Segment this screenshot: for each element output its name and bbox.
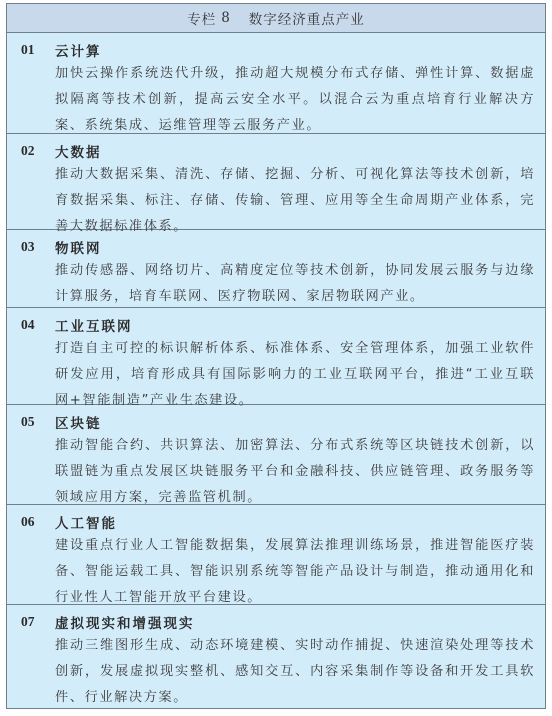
section-heading: 03 物联网	[17, 236, 535, 258]
section-heading: 04 工业互联网	[17, 314, 535, 336]
section-body: 建设重点行业人工智能数据集，发展算法推理训练场景，推进智能医疗装备、智能运载工具…	[55, 533, 535, 611]
section-body: 推动三维图形生成、动态环境建模、实时动作捕捉、快速渲染处理等技术创新，发展虚拟现…	[55, 633, 535, 711]
section-body: 推动智能合约、共识算法、加密算法、分布式系统等区块链技术创新，以联盟链为重点发展…	[55, 433, 535, 511]
section-iot: 03 物联网 推动传感器、网络切片、高精度定位等技术创新，协同发展云服务与边缘计…	[7, 230, 545, 308]
section-title: 物联网	[55, 237, 102, 257]
section-number: 07	[17, 614, 55, 630]
box-header: 专栏 8 数字经济重点产业	[7, 4, 545, 33]
section-title: 区块链	[55, 412, 102, 432]
section-heading: 02 大数据	[17, 140, 535, 162]
column-label: 专栏	[187, 8, 216, 28]
section-heading: 05 区块链	[17, 411, 535, 433]
section-number: 01	[17, 42, 55, 58]
box-title: 数字经济重点产业	[249, 8, 365, 28]
section-title: 人工智能	[55, 512, 117, 532]
section-title: 虚拟现实和增强现实	[55, 612, 195, 632]
section-number: 05	[17, 414, 55, 430]
section-number: 04	[17, 317, 55, 333]
section-cloud-computing: 01 云计算 加快云操作系统迭代升级，推动超大规模分布式存储、弹性计算、数据虚拟…	[7, 33, 545, 134]
feature-box: 专栏 8 数字经济重点产业 01 云计算 加快云操作系统迭代升级，推动超大规模分…	[6, 3, 546, 709]
section-body: 打造自主可控的标识解析体系、标准体系、安全管理体系，加强工业软件研发应用，培育形…	[55, 336, 535, 414]
section-industrial-internet: 04 工业互联网 打造自主可控的标识解析体系、标准体系、安全管理体系，加强工业软…	[7, 308, 545, 405]
section-number: 03	[17, 239, 55, 255]
section-body: 推动大数据采集、清洗、存储、挖掘、分析、可视化算法等技术创新，培育数据采集、标注…	[55, 162, 535, 240]
section-blockchain: 05 区块链 推动智能合约、共识算法、加密算法、分布式系统等区块链技术创新，以联…	[7, 405, 545, 505]
section-heading: 07 虚拟现实和增强现实	[17, 611, 535, 633]
section-title: 云计算	[55, 40, 102, 60]
section-body: 推动传感器、网络切片、高精度定位等技术创新，协同发展云服务与边缘计算服务，培育车…	[55, 258, 535, 310]
section-heading: 06 人工智能	[17, 511, 535, 533]
section-vr-ar: 07 虚拟现实和增强现实 推动三维图形生成、动态环境建模、实时动作捕捉、快速渲染…	[7, 605, 545, 708]
column-number: 8	[221, 10, 231, 26]
section-title: 工业互联网	[55, 315, 133, 335]
section-title: 大数据	[55, 141, 102, 161]
section-number: 02	[17, 143, 55, 159]
section-heading: 01 云计算	[17, 39, 535, 61]
section-artificial-intelligence: 06 人工智能 建设重点行业人工智能数据集，发展算法推理训练场景，推进智能医疗装…	[7, 505, 545, 605]
section-body: 加快云操作系统迭代升级，推动超大规模分布式存储、弹性计算、数据虚拟隔离等技术创新…	[55, 61, 535, 139]
section-number: 06	[17, 514, 55, 530]
section-big-data: 02 大数据 推动大数据采集、清洗、存储、挖掘、分析、可视化算法等技术创新，培育…	[7, 134, 545, 230]
